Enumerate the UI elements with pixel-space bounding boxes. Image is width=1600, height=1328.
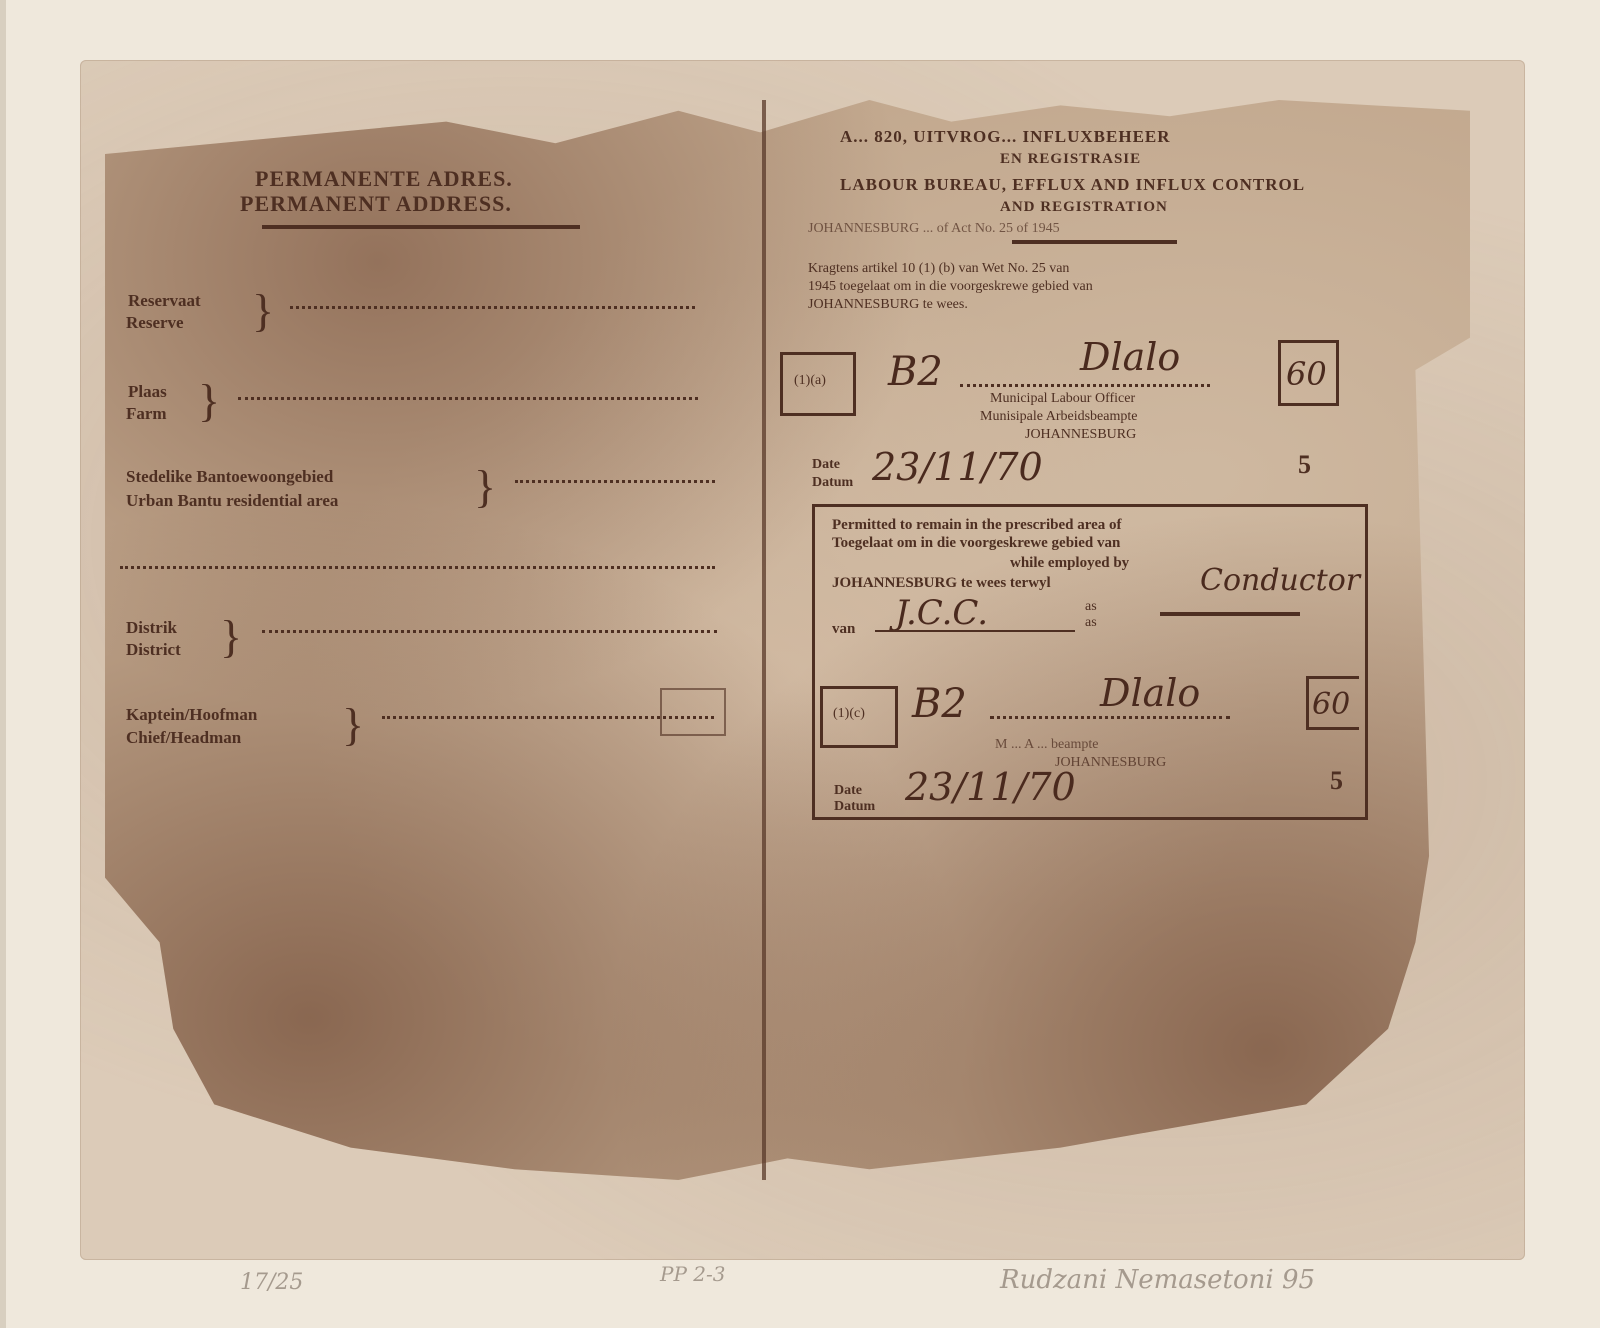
edition-number: 17/25 [240,1270,303,1295]
code-box-text: (1)(c) [833,707,865,721]
permit-line-4: JOHANNESBURG te wees terwyl [832,576,1051,591]
as-label-1: as [1085,600,1097,614]
permit-line-2: Toegelaat om in die voorgeskrewe gebied … [832,536,1120,551]
handwritten-employer: J.C.C. [895,596,988,630]
plate-reference: PP 2-3 [660,1262,725,1286]
officer-partial: M ... A ... beampte [995,738,1098,752]
header-line-3: LABOUR BUREAU, EFFLUX AND INFLUX CONTROL [840,176,1305,193]
field-label-en: Reserve [126,314,184,331]
handwritten-signature: Dlalo [1080,338,1180,376]
code-box-text: (1)(a) [794,374,826,388]
field-label-af: Stedelike Bantoewoongebied [126,468,333,485]
body-line: JOHANNESBURG te wees. [808,298,968,312]
signature-line [990,716,1230,719]
field-line-extra [120,566,715,569]
signature-line [960,384,1210,387]
field-line-district [262,630,717,633]
handwritten-initials: B2 [912,684,967,724]
officer-en: Municipal Labour Officer [990,392,1135,406]
brace-icon: } [220,616,242,657]
faded-box [660,688,726,736]
heading-afrikaans: PERMANENTE ADRES. [255,168,513,190]
frame-edge [0,0,6,1328]
field-line-urban-area [515,480,715,483]
handwritten-occupation: Conductor [1200,566,1360,596]
field-label-af: Reservaat [128,292,201,309]
body-line: 1945 toegelaat om in die voorgeskrewe ge… [808,280,1093,294]
artist-signature: Rudzani Nemasetoni 95 [1000,1265,1315,1295]
heading-english: PERMANENT ADDRESS. [240,193,512,215]
header-line-1: A... 820, UITVROG... INFLUXBEHEER [840,128,1171,145]
header-line-2: EN REGISTRASIE [1000,152,1141,167]
brace-icon: } [252,290,274,331]
field-line-reserve [290,306,695,309]
body-line: JOHANNESBURG ... of Act No. 25 of 1945 [808,222,1060,236]
field-label-af: Distrik [126,619,177,636]
brace-icon: } [198,380,220,421]
page-number: 5 [1330,768,1344,794]
handwritten-signature: Dlalo [1100,674,1200,712]
heading-underline [262,225,580,229]
handwritten-initials: B2 [888,352,943,392]
body-line: Kragtens artikel 10 (1) (b) van Wet No. … [808,262,1069,276]
center-fold [762,100,766,1180]
field-label-en: Urban Bantu residential area [126,492,338,509]
permit-line-1: Permitted to remain in the prescribed ar… [832,518,1122,533]
van-label: van [832,622,855,637]
header-underline [1012,240,1177,244]
permit-box [812,504,1368,820]
page-number: 5 [1298,452,1312,478]
field-label-af: Kaptein/Hoofman [126,706,257,723]
field-line-farm [238,397,698,400]
field-label-en: Farm [126,405,167,422]
header-line-4: AND REGISTRATION [1000,200,1168,215]
field-label-en: Chief/Headman [126,729,241,746]
brace-icon: } [342,704,364,745]
date-label-en: Date [812,458,840,472]
handwritten-date: 23/11/70 [905,768,1076,806]
officer-af: Munisipale Arbeidsbeampte [980,410,1137,424]
officer-city: JOHANNESBURG [1025,428,1136,442]
field-label-en: District [126,641,181,658]
field-label-af: Plaas [128,383,167,400]
employer-line [875,630,1075,632]
date-label-en: Date [834,784,862,798]
box-number: 60 [1286,358,1327,390]
permit-line-3: while employed by [1010,556,1129,571]
date-label-af: Datum [834,800,875,814]
box-number: 60 [1312,690,1350,720]
date-label-af: Datum [812,476,853,490]
strikethrough-mark [1160,612,1300,616]
handwritten-date: 23/11/70 [872,448,1043,486]
as-label-2: as [1085,616,1097,630]
brace-icon: } [474,466,496,507]
